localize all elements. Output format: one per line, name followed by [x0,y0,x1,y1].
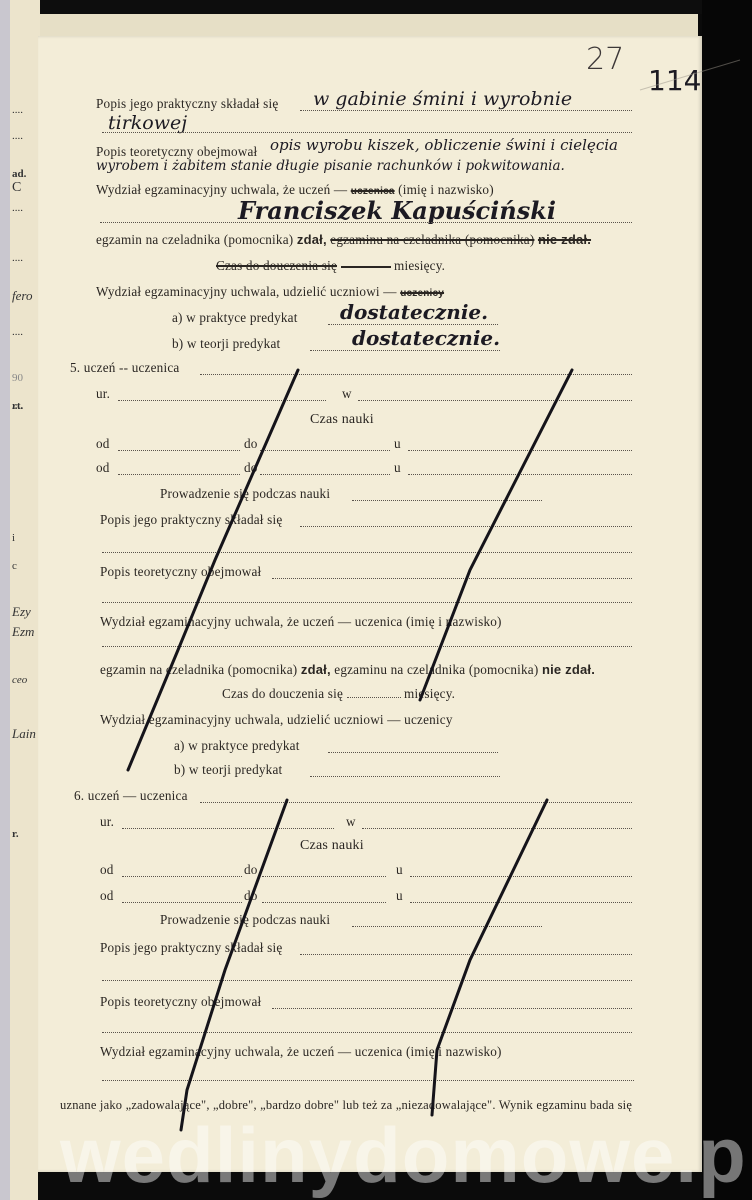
watermark: wedlinydomowe.pl [60,1110,752,1200]
slash-left-section5 [128,370,298,770]
slash-left-section6 [181,800,287,1130]
slash-right-section6 [432,800,547,1115]
cancellation-strokes [0,0,752,1200]
faint-pencil-line [640,60,740,90]
slash-right-section5 [420,370,572,700]
